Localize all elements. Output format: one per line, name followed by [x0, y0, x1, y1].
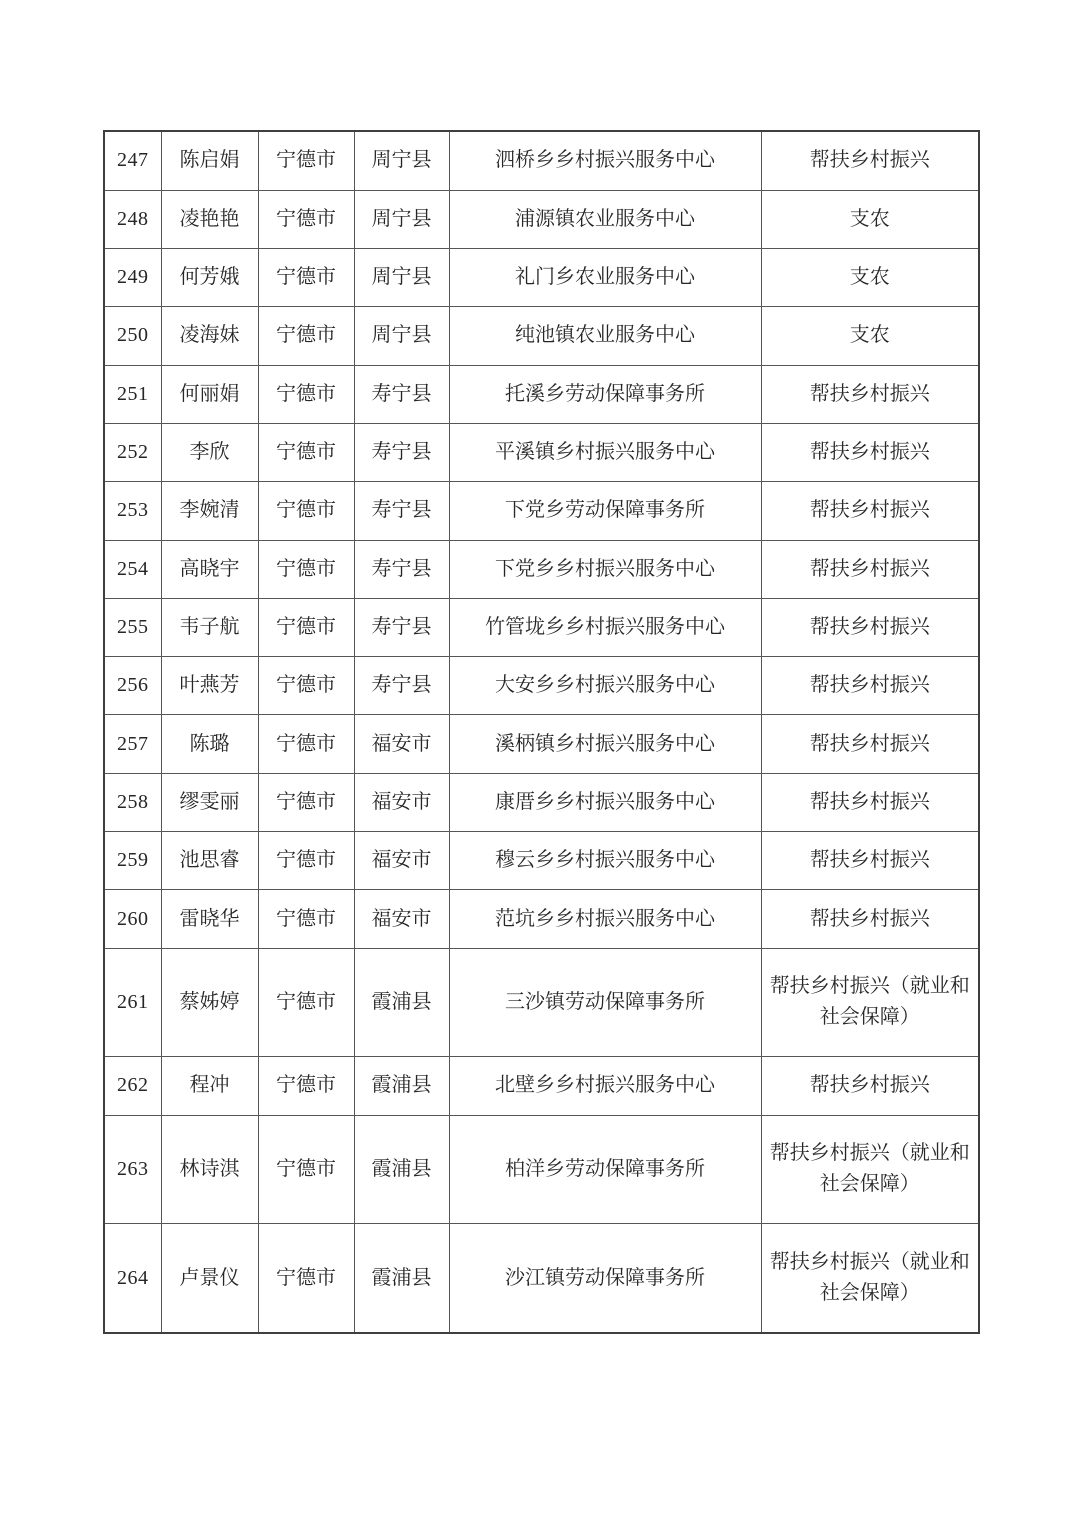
table-cell-county: 霞浦县: [354, 1115, 449, 1224]
table-cell-organization: 柏洋乡劳动保障事务所: [449, 1115, 761, 1224]
table-cell-city: 宁德市: [258, 190, 354, 248]
table-cell-organization: 泗桥乡乡村振兴服务中心: [449, 131, 761, 190]
table-cell-city: 宁德市: [258, 248, 354, 306]
table-cell-category: 支农: [761, 248, 979, 306]
table-cell-county: 周宁县: [354, 131, 449, 190]
table-cell-category: 帮扶乡村振兴: [761, 832, 979, 890]
table-cell-number: 256: [104, 657, 161, 715]
table-cell-category: 支农: [761, 190, 979, 248]
table-cell-name: 程冲: [161, 1057, 258, 1115]
table-cell-county: 寿宁县: [354, 540, 449, 598]
table-cell-city: 宁德市: [258, 540, 354, 598]
table-cell-county: 福安市: [354, 832, 449, 890]
table-cell-organization: 竹管垅乡乡村振兴服务中心: [449, 598, 761, 656]
table-cell-number: 261: [104, 948, 161, 1057]
table-cell-name: 池思睿: [161, 832, 258, 890]
table-cell-county: 福安市: [354, 715, 449, 773]
table-row: 252李欣宁德市寿宁县平溪镇乡村振兴服务中心帮扶乡村振兴: [104, 423, 979, 481]
table-cell-county: 寿宁县: [354, 657, 449, 715]
table-cell-number: 263: [104, 1115, 161, 1224]
table-row: 254高晓宇宁德市寿宁县下党乡乡村振兴服务中心帮扶乡村振兴: [104, 540, 979, 598]
table-row: 253李婉清宁德市寿宁县下党乡劳动保障事务所帮扶乡村振兴: [104, 482, 979, 540]
table-cell-organization: 浦源镇农业服务中心: [449, 190, 761, 248]
table-cell-city: 宁德市: [258, 890, 354, 948]
table-cell-number: 252: [104, 423, 161, 481]
table-cell-county: 福安市: [354, 890, 449, 948]
table-cell-category: 帮扶乡村振兴: [761, 657, 979, 715]
table-cell-organization: 北壁乡乡村振兴服务中心: [449, 1057, 761, 1115]
table-cell-name: 缪雯丽: [161, 773, 258, 831]
table-cell-organization: 范坑乡乡村振兴服务中心: [449, 890, 761, 948]
table-cell-name: 何芳娥: [161, 248, 258, 306]
table-cell-number: 247: [104, 131, 161, 190]
table-cell-name: 凌海妹: [161, 307, 258, 365]
table-cell-county: 福安市: [354, 773, 449, 831]
table-row: 259池思睿宁德市福安市穆云乡乡村振兴服务中心帮扶乡村振兴: [104, 832, 979, 890]
table-cell-name: 林诗淇: [161, 1115, 258, 1224]
table-row: 251何丽娟宁德市寿宁县托溪乡劳动保障事务所帮扶乡村振兴: [104, 365, 979, 423]
table-cell-name: 蔡姊婷: [161, 948, 258, 1057]
table-row: 262程冲宁德市霞浦县北壁乡乡村振兴服务中心帮扶乡村振兴: [104, 1057, 979, 1115]
table-cell-organization: 大安乡乡村振兴服务中心: [449, 657, 761, 715]
table-cell-organization: 沙江镇劳动保障事务所: [449, 1224, 761, 1333]
table-cell-city: 宁德市: [258, 1057, 354, 1115]
table-cell-number: 260: [104, 890, 161, 948]
table-cell-name: 叶燕芳: [161, 657, 258, 715]
table-cell-category: 帮扶乡村振兴: [761, 423, 979, 481]
table-cell-city: 宁德市: [258, 365, 354, 423]
table-cell-county: 霞浦县: [354, 1224, 449, 1333]
table-cell-name: 凌艳艳: [161, 190, 258, 248]
table-cell-category: 帮扶乡村振兴: [761, 1057, 979, 1115]
table-cell-city: 宁德市: [258, 423, 354, 481]
table-cell-organization: 礼门乡农业服务中心: [449, 248, 761, 306]
table-cell-number: 258: [104, 773, 161, 831]
table-cell-number: 254: [104, 540, 161, 598]
table-cell-category: 帮扶乡村振兴: [761, 131, 979, 190]
table-row: 249何芳娥宁德市周宁县礼门乡农业服务中心支农: [104, 248, 979, 306]
table-cell-county: 寿宁县: [354, 598, 449, 656]
table-cell-number: 255: [104, 598, 161, 656]
table-cell-city: 宁德市: [258, 715, 354, 773]
table-row: 264卢景仪宁德市霞浦县沙江镇劳动保障事务所帮扶乡村振兴（就业和社会保障）: [104, 1224, 979, 1333]
table-cell-category: 帮扶乡村振兴: [761, 540, 979, 598]
table-row: 260雷晓华宁德市福安市范坑乡乡村振兴服务中心帮扶乡村振兴: [104, 890, 979, 948]
table-cell-city: 宁德市: [258, 598, 354, 656]
table-cell-city: 宁德市: [258, 482, 354, 540]
table-cell-organization: 托溪乡劳动保障事务所: [449, 365, 761, 423]
table-row: 258缪雯丽宁德市福安市康厝乡乡村振兴服务中心帮扶乡村振兴: [104, 773, 979, 831]
table-row: 250凌海妹宁德市周宁县纯池镇农业服务中心支农: [104, 307, 979, 365]
table-cell-category: 帮扶乡村振兴: [761, 715, 979, 773]
table-cell-name: 雷晓华: [161, 890, 258, 948]
table-cell-county: 寿宁县: [354, 482, 449, 540]
personnel-table: 247陈启娟宁德市周宁县泗桥乡乡村振兴服务中心帮扶乡村振兴248凌艳艳宁德市周宁…: [103, 130, 980, 1334]
table-cell-name: 陈启娟: [161, 131, 258, 190]
table-cell-county: 寿宁县: [354, 365, 449, 423]
table-cell-name: 卢景仪: [161, 1224, 258, 1333]
table-cell-category: 帮扶乡村振兴: [761, 890, 979, 948]
table-cell-category: 帮扶乡村振兴（就业和社会保障）: [761, 948, 979, 1057]
table-cell-category: 帮扶乡村振兴: [761, 598, 979, 656]
table-cell-county: 周宁县: [354, 248, 449, 306]
table-row: 248凌艳艳宁德市周宁县浦源镇农业服务中心支农: [104, 190, 979, 248]
table-cell-county: 霞浦县: [354, 948, 449, 1057]
table-cell-county: 霞浦县: [354, 1057, 449, 1115]
table-cell-number: 253: [104, 482, 161, 540]
table-cell-organization: 三沙镇劳动保障事务所: [449, 948, 761, 1057]
table-cell-name: 何丽娟: [161, 365, 258, 423]
table-cell-number: 248: [104, 190, 161, 248]
table-cell-number: 259: [104, 832, 161, 890]
table-cell-county: 周宁县: [354, 190, 449, 248]
table-cell-category: 帮扶乡村振兴（就业和社会保障）: [761, 1115, 979, 1224]
table-row: 256叶燕芳宁德市寿宁县大安乡乡村振兴服务中心帮扶乡村振兴: [104, 657, 979, 715]
document-page: 247陈启娟宁德市周宁县泗桥乡乡村振兴服务中心帮扶乡村振兴248凌艳艳宁德市周宁…: [0, 0, 1080, 1528]
table-cell-number: 257: [104, 715, 161, 773]
table-cell-county: 寿宁县: [354, 423, 449, 481]
table-cell-number: 264: [104, 1224, 161, 1333]
table-cell-category: 帮扶乡村振兴: [761, 365, 979, 423]
table-cell-category: 支农: [761, 307, 979, 365]
table-cell-organization: 纯池镇农业服务中心: [449, 307, 761, 365]
table-cell-organization: 穆云乡乡村振兴服务中心: [449, 832, 761, 890]
table-row: 257陈璐宁德市福安市溪柄镇乡村振兴服务中心帮扶乡村振兴: [104, 715, 979, 773]
table-cell-city: 宁德市: [258, 1115, 354, 1224]
table-cell-name: 高晓宇: [161, 540, 258, 598]
table-cell-organization: 溪柄镇乡村振兴服务中心: [449, 715, 761, 773]
table-row: 261蔡姊婷宁德市霞浦县三沙镇劳动保障事务所帮扶乡村振兴（就业和社会保障）: [104, 948, 979, 1057]
table-cell-county: 周宁县: [354, 307, 449, 365]
table-cell-name: 李婉清: [161, 482, 258, 540]
table-cell-city: 宁德市: [258, 948, 354, 1057]
table-cell-category: 帮扶乡村振兴: [761, 482, 979, 540]
table-cell-organization: 下党乡劳动保障事务所: [449, 482, 761, 540]
personnel-table-body: 247陈启娟宁德市周宁县泗桥乡乡村振兴服务中心帮扶乡村振兴248凌艳艳宁德市周宁…: [104, 131, 979, 1333]
table-cell-number: 249: [104, 248, 161, 306]
table-cell-organization: 平溪镇乡村振兴服务中心: [449, 423, 761, 481]
table-cell-name: 韦子航: [161, 598, 258, 656]
table-cell-name: 李欣: [161, 423, 258, 481]
table-cell-organization: 下党乡乡村振兴服务中心: [449, 540, 761, 598]
table-cell-city: 宁德市: [258, 657, 354, 715]
table-cell-category: 帮扶乡村振兴: [761, 773, 979, 831]
table-row: 255韦子航宁德市寿宁县竹管垅乡乡村振兴服务中心帮扶乡村振兴: [104, 598, 979, 656]
table-row: 263林诗淇宁德市霞浦县柏洋乡劳动保障事务所帮扶乡村振兴（就业和社会保障）: [104, 1115, 979, 1224]
table-cell-number: 251: [104, 365, 161, 423]
table-cell-city: 宁德市: [258, 1224, 354, 1333]
table-cell-city: 宁德市: [258, 307, 354, 365]
table-cell-number: 262: [104, 1057, 161, 1115]
table-row: 247陈启娟宁德市周宁县泗桥乡乡村振兴服务中心帮扶乡村振兴: [104, 131, 979, 190]
table-cell-organization: 康厝乡乡村振兴服务中心: [449, 773, 761, 831]
table-cell-city: 宁德市: [258, 773, 354, 831]
table-cell-city: 宁德市: [258, 131, 354, 190]
table-cell-name: 陈璐: [161, 715, 258, 773]
table-cell-number: 250: [104, 307, 161, 365]
table-cell-city: 宁德市: [258, 832, 354, 890]
table-cell-category: 帮扶乡村振兴（就业和社会保障）: [761, 1224, 979, 1333]
